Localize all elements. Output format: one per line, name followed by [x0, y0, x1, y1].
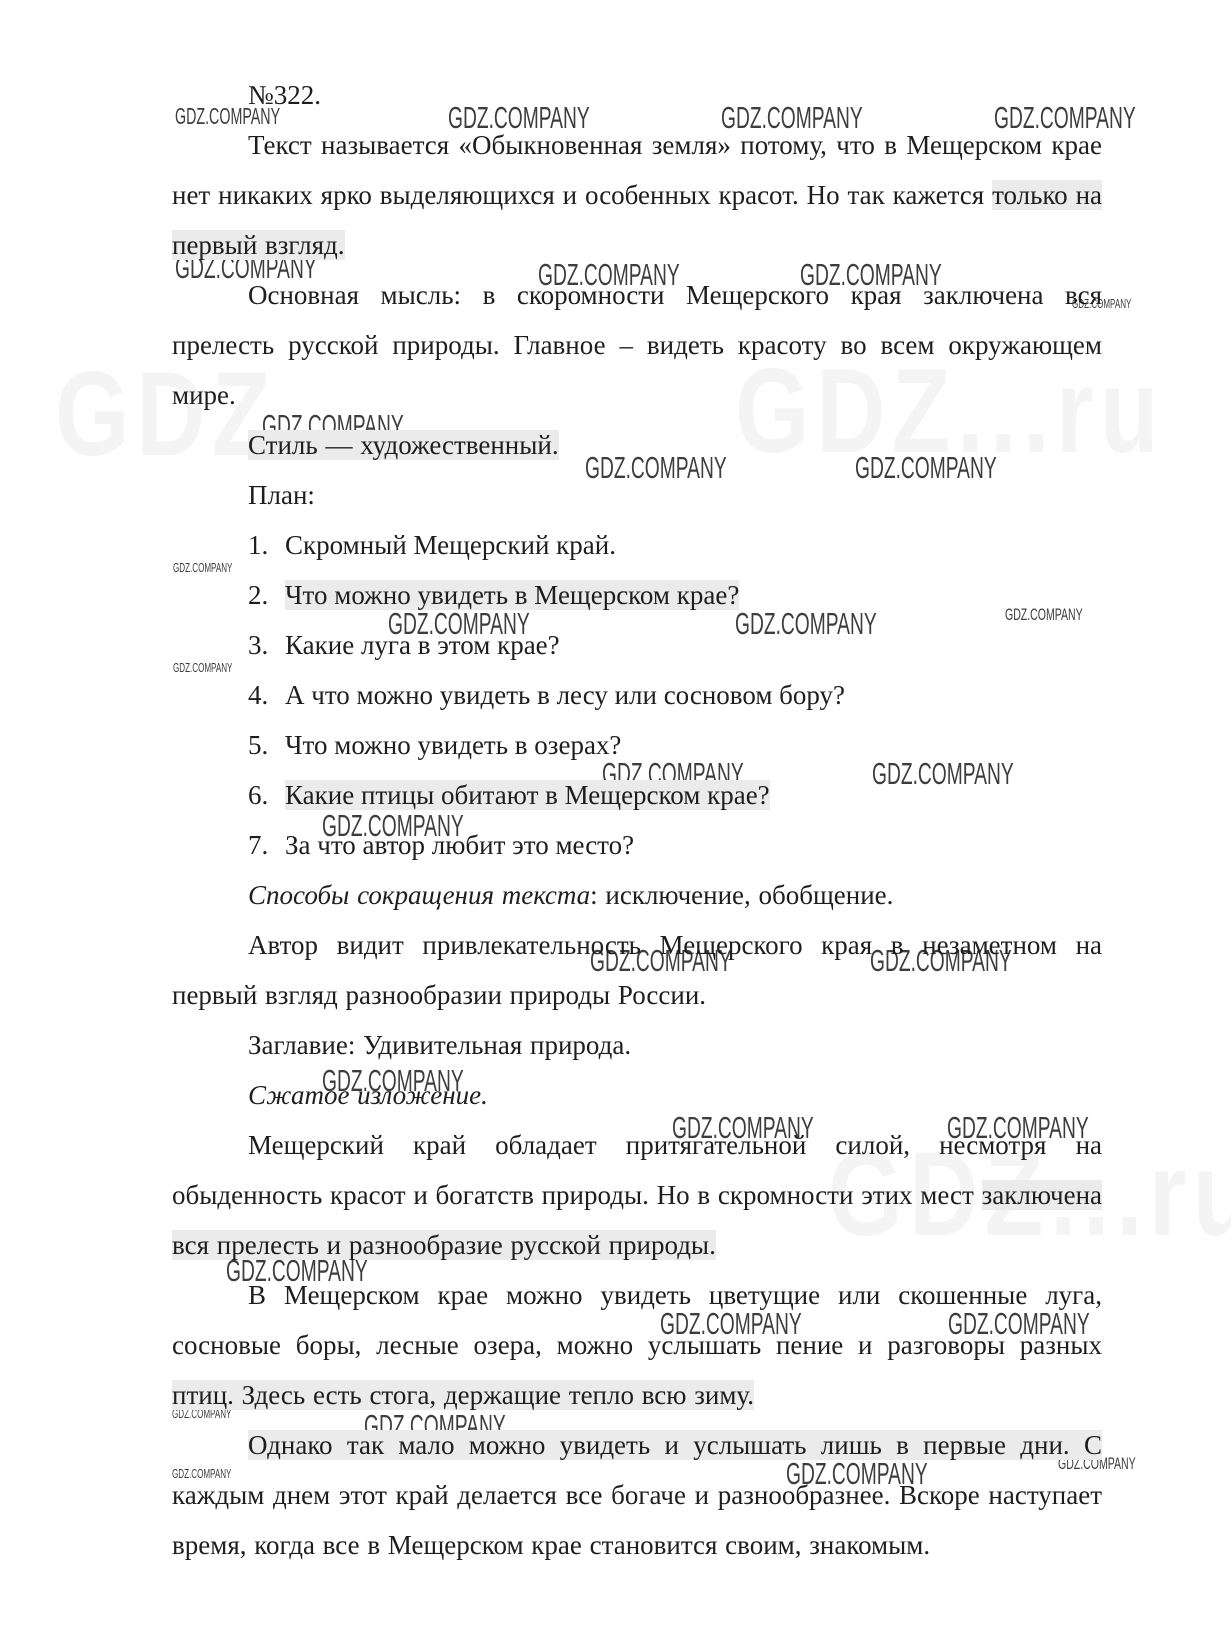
plan-item-number: 6. [248, 770, 285, 820]
summary-paragraph-1: Мещерский край обладает притягательной с… [172, 1120, 1102, 1270]
summary-paragraph-2: В Мещерском крае можно увидеть цветущие … [172, 1270, 1102, 1420]
plan-item-text: Что можно увидеть в Мещерском крае? [285, 580, 739, 610]
plan-heading: План: [172, 470, 1102, 520]
plan-item-text: Скромный Мещерский край. [285, 530, 616, 560]
plan-item-text: За что автор любит это место? [285, 830, 634, 860]
plan-item: 3.Какие луга в этом крае? [172, 620, 1102, 670]
plan-item-text: А что можно увидеть в лесу или сосновом … [285, 680, 845, 710]
exercise-number: №322. [172, 70, 1102, 120]
methods-line: Способы сокращения текста: исключение, о… [172, 870, 1102, 920]
paragraph-intro: Текст называется «Обыкновенная земля» по… [172, 120, 1102, 270]
summary-paragraph-3-highlighted: Однако так мало можно увидеть и услышать… [248, 1430, 1102, 1460]
plan-item: 2.Что можно увидеть в Мещерском крае? [172, 570, 1102, 620]
summary-heading: Сжатое изложение. [172, 1070, 1102, 1120]
plan-item-number: 7. [248, 820, 285, 870]
style-line: Стиль — художественный. [172, 420, 1102, 470]
plan-item-number: 3. [248, 620, 285, 670]
plan-item-text: Какие луга в этом крае? [285, 630, 560, 660]
methods-line-rest: : исключение, обобщение. [590, 880, 893, 910]
plan-item-number: 2. [248, 570, 285, 620]
plan-item-text: Что можно увидеть в озерах? [285, 730, 621, 760]
plan-item: 4.А что можно увидеть в лесу или сосново… [172, 670, 1102, 720]
summary-paragraph-2-text: В Мещерском крае можно увидеть цветущие … [172, 1280, 1102, 1360]
plan-item-number: 1. [248, 520, 285, 570]
text-content: №322. Текст называется «Обыкновенная зем… [172, 70, 1102, 1570]
plan-item-text: Какие птицы обитают в Мещерском крае? [285, 780, 770, 810]
main-idea-paragraph: Основная мысль: в скоромности Мещерского… [172, 270, 1102, 420]
summary-paragraph-1-text: Мещерский край обладает притягательной с… [172, 1130, 1102, 1210]
document-page: GDZ.COMPANYGDZ.COMPANYGDZ.COMPANYGDZ.COM… [0, 0, 1231, 1627]
summary-paragraph-2-highlighted: птиц. Здесь есть стога, держащие тепло в… [172, 1380, 754, 1410]
plan-item-number: 5. [248, 720, 285, 770]
plan-item: 1.Скромный Мещерский край. [172, 520, 1102, 570]
summary-paragraph-3: Однако так мало можно увидеть и услышать… [172, 1420, 1102, 1570]
methods-line-italic: Способы сокращения текста [248, 880, 590, 910]
title-line: Заглавие: Удивительная природа. [172, 1020, 1102, 1070]
style-line-text: Стиль — художественный. [248, 430, 559, 460]
author-paragraph: Автор видит привлекательность Мещерского… [172, 920, 1102, 1020]
paragraph-intro-text: Текст называется «Обыкновенная земля» по… [172, 130, 1102, 210]
plan-item: 5.Что можно увидеть в озерах? [172, 720, 1102, 770]
plan-item-number: 4. [248, 670, 285, 720]
plan-item: 7.За что автор любит это место? [172, 820, 1102, 870]
summary-paragraph-3-text: каждым днем этот край делается все богач… [172, 1480, 1102, 1560]
plan-item: 6.Какие птицы обитают в Мещерском крае? [172, 770, 1102, 820]
